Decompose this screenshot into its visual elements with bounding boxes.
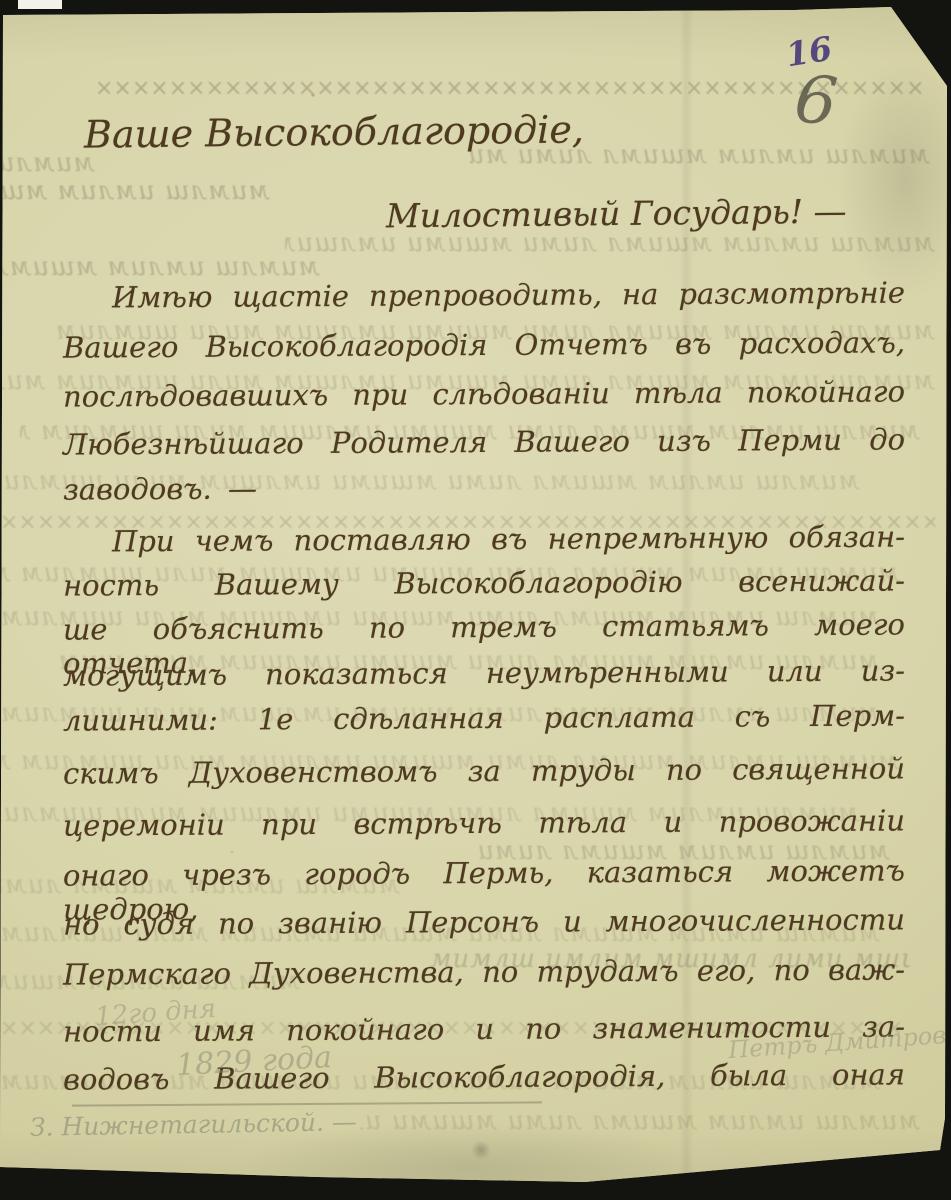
pencil-page-number: 6 — [791, 60, 841, 141]
salutation-line: Милостивый Государь! — — [386, 192, 847, 236]
bleedthrough-line: мимлш имлим мшимл лими мшим — [0, 252, 320, 282]
manuscript-line: При чемъ поставляю въ непремѣнную обязан… — [112, 520, 905, 559]
manuscript-line: Вашего Высокоблагородія Отчетъ въ расход… — [63, 325, 905, 364]
manuscript-line: лишними: 1е сдѣланная расплата съ Перм- — [63, 698, 905, 737]
bleedthrough-line: мимлш имлим мшимл лими — [0, 176, 270, 206]
letter-page: ××××××××××××××××××××××××××××××××××××××××… — [0, 0, 951, 1200]
manuscript-line: Пермскаго Духовенства, по трудамъ его, п… — [63, 952, 905, 991]
manuscript-line: заводовъ. — — [63, 471, 257, 506]
manuscript-line: Имѣю щастіе препроводить, на разсмотрѣні… — [112, 276, 905, 315]
manuscript-line: Любезнѣйшаго Родителя Вашего изъ Перми д… — [63, 422, 905, 461]
manuscript-line: могущимъ показаться неумѣренными или из- — [63, 653, 905, 692]
manuscript-line: ность Вашему Высокоблагородію всенижай- — [63, 563, 905, 602]
address-line: Ваше Высокоблагородіе, — [84, 107, 584, 156]
manuscript-scan: ××××××××××××××××××××××××××××××××××××××××… — [0, 0, 951, 1200]
bleedthrough-line: мимлш имлим мшимл лими мшими имлшим мили… — [360, 1106, 920, 1136]
manuscript-line: послѣдовавшихъ при слѣдованіи тѣла покой… — [63, 374, 905, 413]
bleedthrough-line: мимлш им — [0, 148, 95, 178]
manuscript-line: церемоніи при встрѣчѣ тѣла и провожаніи — [63, 803, 905, 842]
pencil-note-plant-note: З. Нижнетагильской. — — [30, 1107, 357, 1142]
manuscript-line: скимъ Духовенствомъ за труды по священно… — [63, 751, 905, 790]
scanner-edge-artifact — [18, 0, 62, 9]
manuscript-line: но судя по званію Персонъ и многочисленн… — [63, 902, 905, 941]
